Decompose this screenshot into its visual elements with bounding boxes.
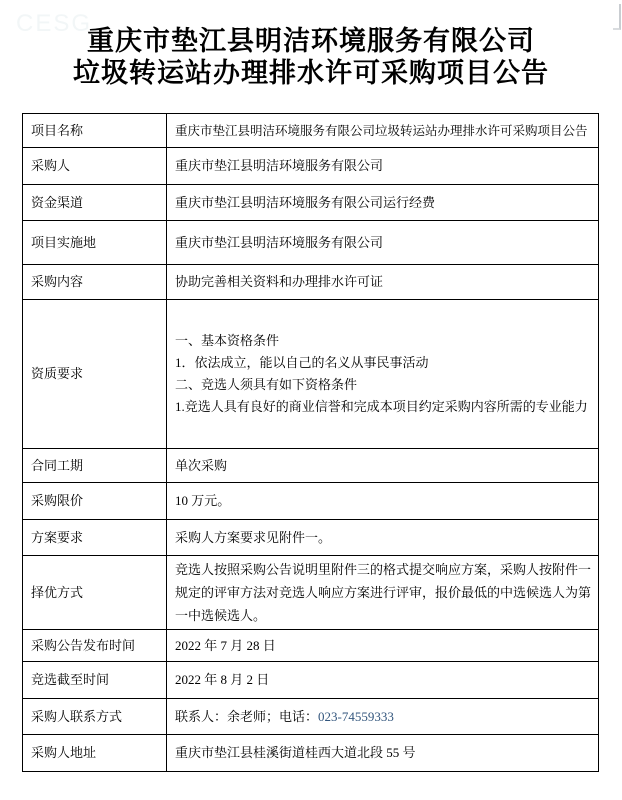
contact-phone: 023-74559333 bbox=[318, 709, 394, 724]
table-row-proposal-requirements: 方案要求 采购人方案要求见附件一。 bbox=[23, 520, 599, 556]
page-title-line-2: 垃圾转运站办理排水许可采购项目公告 bbox=[0, 57, 622, 89]
table-row-procurement-content: 采购内容 协助完善相关资料和办理排水许可证 bbox=[23, 265, 599, 300]
table-row-purchaser: 采购人 重庆市垫江县明洁环境服务有限公司 bbox=[23, 148, 599, 185]
qualification-line: 二、竞选人须具有如下资格条件 bbox=[175, 374, 592, 396]
table-row-qualification-requirements: 资质要求 一、基本资格条件 1．依法成立，能以自己的名义从事民事活动 二、竞选人… bbox=[23, 300, 599, 449]
table-row-bid-deadline: 竞选截至时间 2022 年 8 月 2 日 bbox=[23, 662, 599, 699]
row-value: 重庆市垫江县明洁环境服务有限公司垃圾转运站办理排水许可采购项目公告 bbox=[167, 114, 599, 148]
row-label: 采购内容 bbox=[23, 265, 167, 300]
row-value: 重庆市垫江县明洁环境服务有限公司运行经费 bbox=[167, 185, 599, 221]
qualification-line: 1．依法成立，能以自己的名义从事民事活动 bbox=[175, 352, 592, 374]
table-row-project-name: 项目名称 重庆市垫江县明洁环境服务有限公司垃圾转运站办理排水许可采购项目公告 bbox=[23, 114, 599, 148]
row-label: 项目名称 bbox=[23, 114, 167, 148]
document-page: CESG 重庆市垫江县明洁环境服务有限公司 垃圾转运站办理排水许可采购项目公告 … bbox=[0, 0, 622, 800]
row-label: 合同工期 bbox=[23, 449, 167, 483]
table-row-selection-method: 择优方式 竞选人按照采购公告说明里附件三的格式提交响应方案，采购人按附件一规定的… bbox=[23, 556, 599, 630]
table-row-announcement-date: 采购公告发布时间 2022 年 7 月 28 日 bbox=[23, 630, 599, 662]
announcement-table: 项目名称 重庆市垫江县明洁环境服务有限公司垃圾转运站办理排水许可采购项目公告 采… bbox=[22, 113, 599, 772]
table-row-funding-channel: 资金渠道 重庆市垫江县明洁环境服务有限公司运行经费 bbox=[23, 185, 599, 221]
row-label: 采购限价 bbox=[23, 483, 167, 520]
page-title-line-1: 重庆市垫江县明洁环境服务有限公司 bbox=[0, 25, 622, 57]
table-row-project-location: 项目实施地 重庆市垫江县明洁环境服务有限公司 bbox=[23, 221, 599, 265]
qualification-line: 一、基本资格条件 bbox=[175, 330, 592, 352]
corner-mark bbox=[613, 4, 621, 30]
row-value: 重庆市垫江县桂溪街道桂西大道北段 55 号 bbox=[167, 735, 599, 772]
row-label: 资金渠道 bbox=[23, 185, 167, 221]
row-value: 联系人：余老师；电话：023-74559333 bbox=[167, 699, 599, 735]
qualification-line: 1.竞选人具有良好的商业信誉和完成本项目约定采购内容所需的专业能力 bbox=[175, 396, 592, 418]
table-row-price-limit: 采购限价 10 万元。 bbox=[23, 483, 599, 520]
row-label: 竞选截至时间 bbox=[23, 662, 167, 699]
row-label: 采购人联系方式 bbox=[23, 699, 167, 735]
row-value: 重庆市垫江县明洁环境服务有限公司 bbox=[167, 148, 599, 185]
contact-text: 联系人：余老师；电话： bbox=[175, 709, 318, 724]
row-label: 采购人地址 bbox=[23, 735, 167, 772]
page-title: 重庆市垫江县明洁环境服务有限公司 垃圾转运站办理排水许可采购项目公告 bbox=[0, 0, 622, 89]
table-row-contact-info: 采购人联系方式 联系人：余老师；电话：023-74559333 bbox=[23, 699, 599, 735]
row-label: 资质要求 bbox=[23, 300, 167, 449]
row-label: 采购公告发布时间 bbox=[23, 630, 167, 662]
row-value: 10 万元。 bbox=[167, 483, 599, 520]
row-value: 2022 年 8 月 2 日 bbox=[167, 662, 599, 699]
table-row-contract-period: 合同工期 单次采购 bbox=[23, 449, 599, 483]
row-value: 重庆市垫江县明洁环境服务有限公司 bbox=[167, 221, 599, 265]
row-value: 采购人方案要求见附件一。 bbox=[167, 520, 599, 556]
row-value: 2022 年 7 月 28 日 bbox=[167, 630, 599, 662]
watermark: CESG bbox=[16, 10, 92, 38]
row-label: 项目实施地 bbox=[23, 221, 167, 265]
row-value: 协助完善相关资料和办理排水许可证 bbox=[167, 265, 599, 300]
table-row-purchaser-address: 采购人地址 重庆市垫江县桂溪街道桂西大道北段 55 号 bbox=[23, 735, 599, 772]
row-label: 采购人 bbox=[23, 148, 167, 185]
row-label: 择优方式 bbox=[23, 556, 167, 630]
row-value: 一、基本资格条件 1．依法成立，能以自己的名义从事民事活动 二、竞选人须具有如下… bbox=[167, 300, 599, 449]
row-value: 竞选人按照采购公告说明里附件三的格式提交响应方案，采购人按附件一规定的评审方法对… bbox=[167, 556, 599, 630]
row-value: 单次采购 bbox=[167, 449, 599, 483]
row-label: 方案要求 bbox=[23, 520, 167, 556]
